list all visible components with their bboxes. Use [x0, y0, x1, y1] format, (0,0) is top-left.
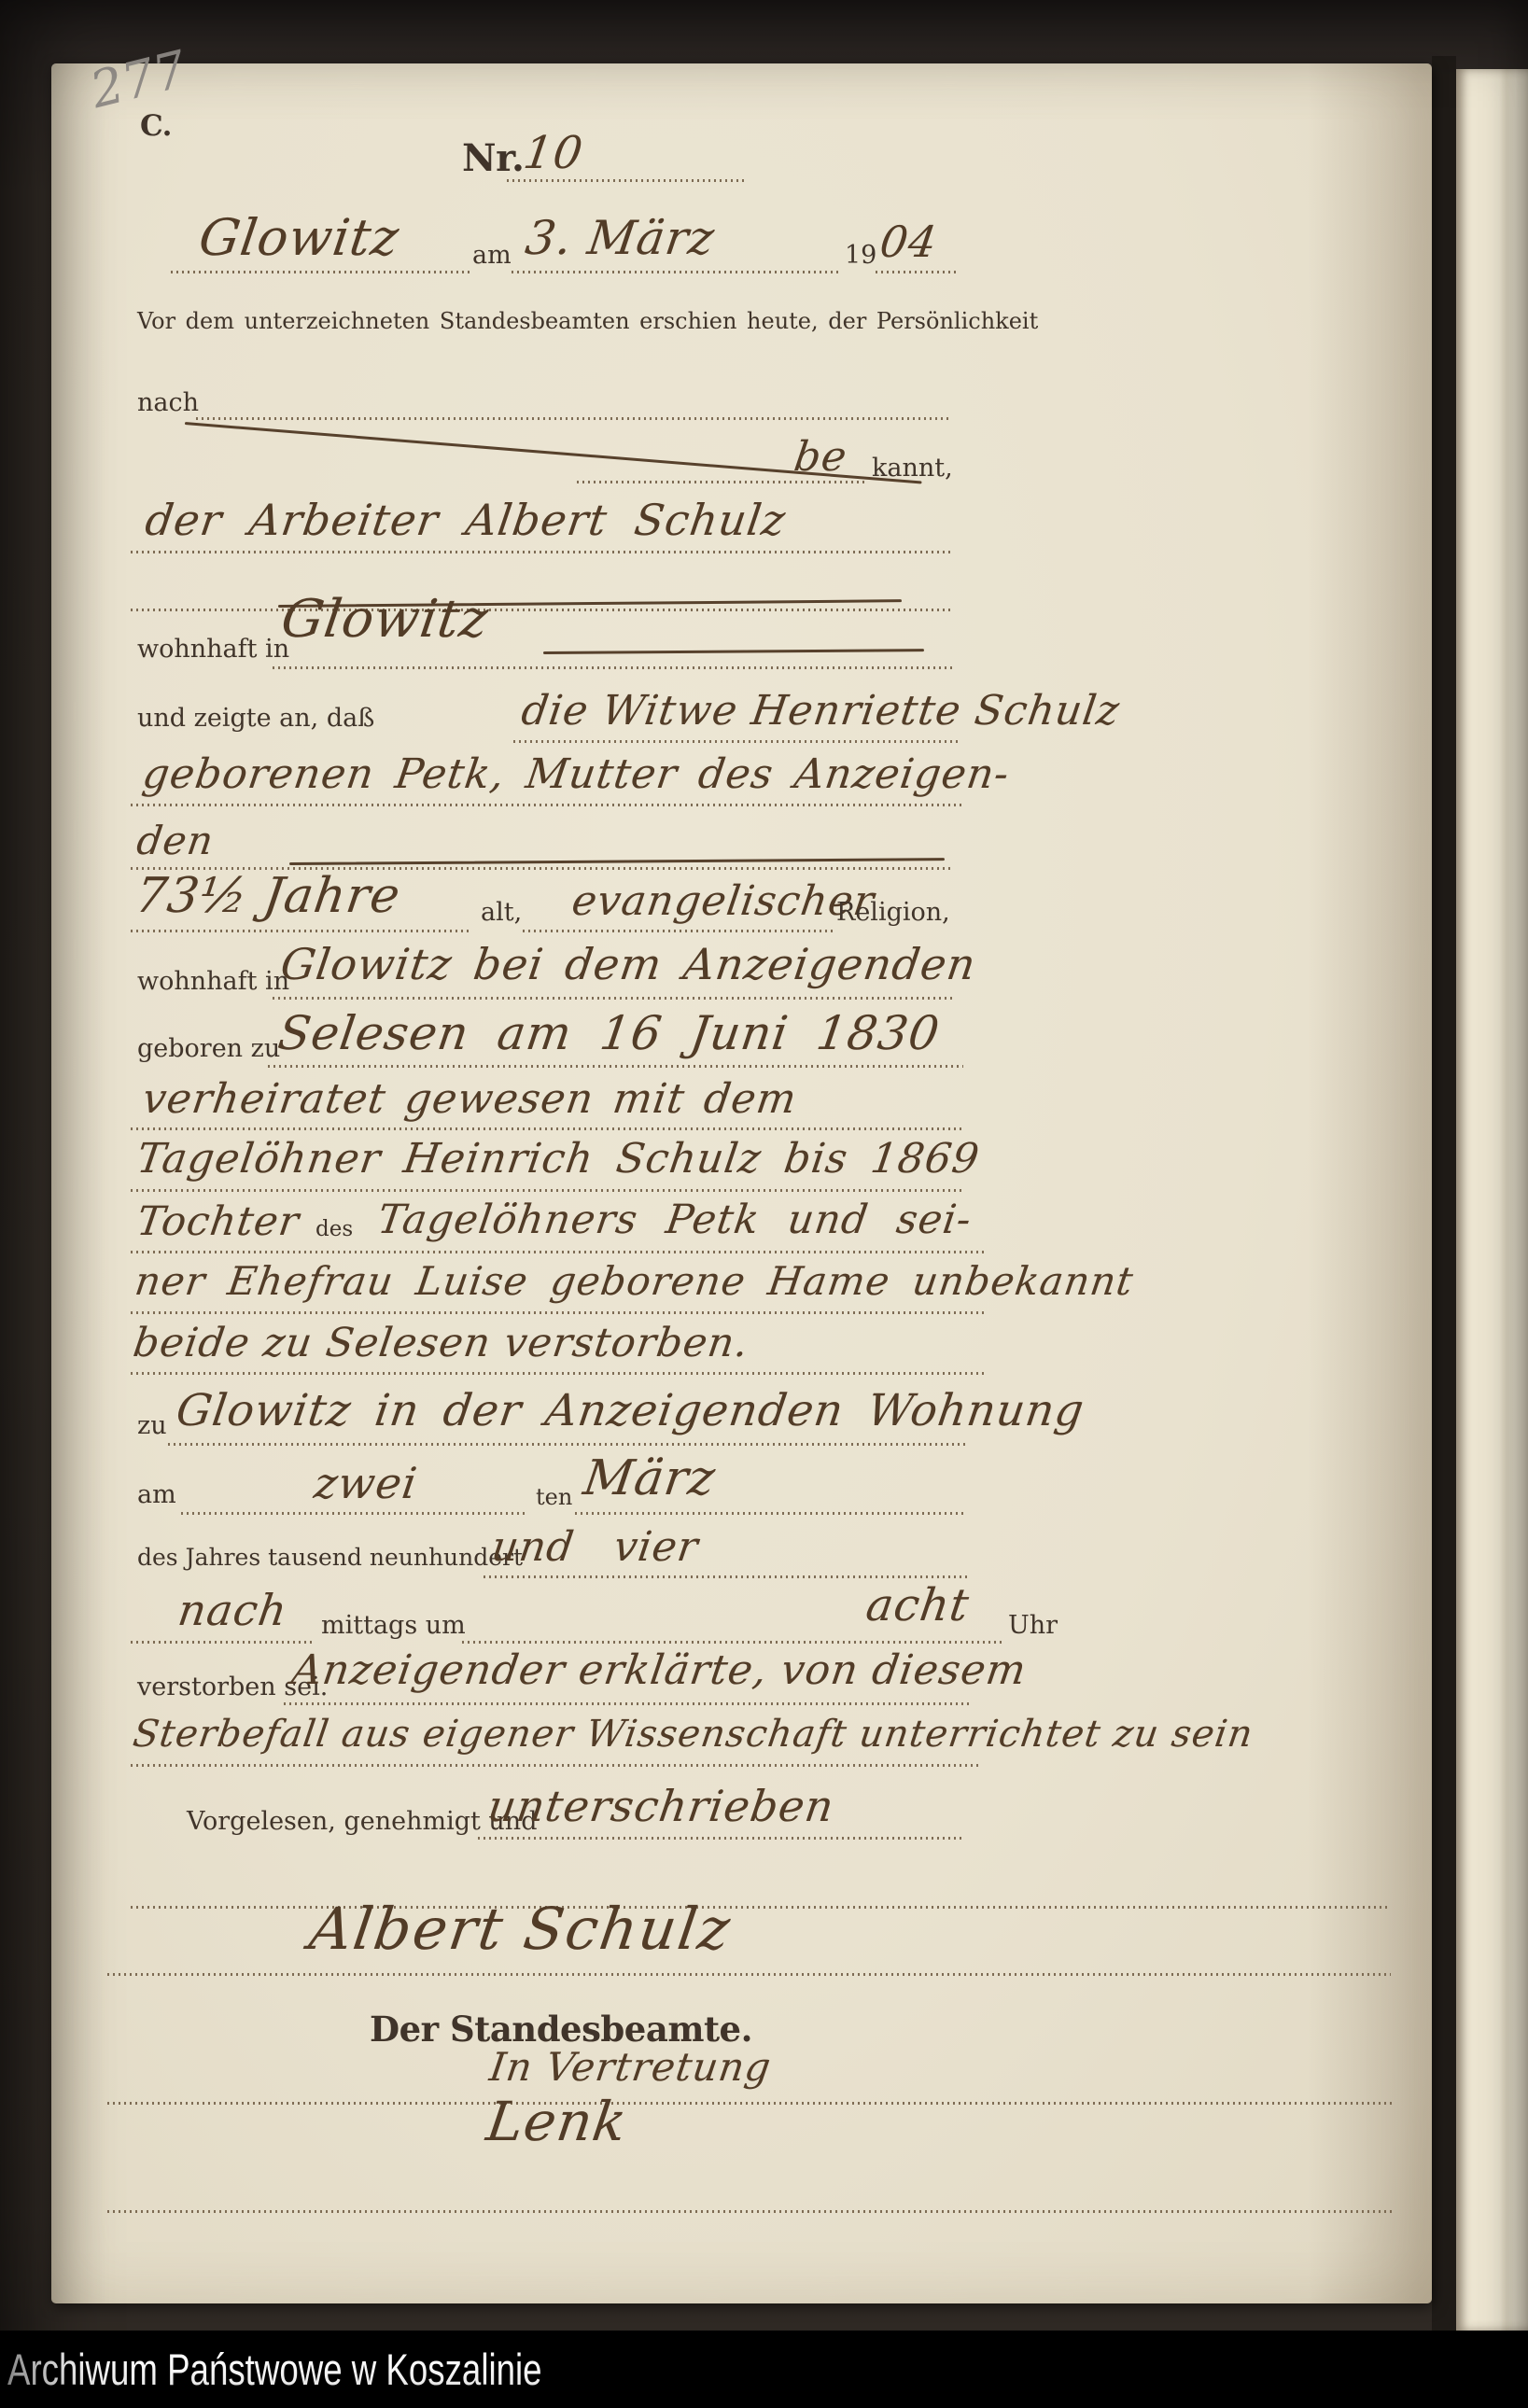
form-rule	[196, 417, 952, 420]
form-rule	[507, 179, 747, 182]
death-day: zwei	[312, 1462, 420, 1505]
scan-background: 277 C. Nr. 10 Glowitz am 3. März 19 04 V…	[0, 0, 1528, 2408]
section-letter: C.	[140, 112, 172, 141]
form-rule	[131, 1372, 988, 1375]
label-uhr: Uhr	[1008, 1613, 1058, 1638]
form-rule	[131, 609, 952, 611]
form-rule	[171, 271, 471, 273]
form-rule	[577, 481, 868, 483]
label-zeigte-an: und zeigte an, daß	[137, 706, 374, 731]
label-des: des	[315, 1219, 353, 1240]
record-date: 3. März	[523, 215, 718, 261]
birth-info: Selesen am 16 Juni 1830	[275, 1010, 943, 1057]
form-rule	[273, 666, 952, 669]
parents-line-1-pre: Tochter	[134, 1202, 301, 1242]
form-rule	[484, 1575, 967, 1578]
parents-line-2: ner Ehefrau Luise geborene Hame unbekann…	[133, 1262, 1136, 1301]
form-rule	[523, 930, 833, 932]
declarant-signature: Albert Schulz	[306, 1900, 736, 1958]
year-written: 04	[877, 220, 940, 263]
closing-word: unterschrieben	[485, 1785, 837, 1827]
label-wohnhaft-in: wohnhaft in	[137, 637, 289, 662]
form-rule	[273, 997, 952, 1000]
label-am-2: am	[137, 1482, 176, 1507]
form-rule	[575, 1512, 967, 1515]
year-printed: 19	[845, 243, 876, 268]
deceased-origin-cont: den	[134, 821, 217, 861]
declarant-residence: Glowitz	[278, 594, 492, 646]
label-am: am	[472, 243, 512, 268]
statement-line-2: Sterbefall aus eigener Wissenschaft unte…	[131, 1715, 1255, 1753]
statement-line-1: Anzeigender erklärte, von diesem	[289, 1650, 1029, 1691]
form-rule	[168, 1443, 967, 1446]
form-rule	[478, 1837, 961, 1840]
label-geboren-zu: geboren zu	[137, 1036, 280, 1061]
form-rule	[512, 271, 842, 273]
label-mittags-um: mittags um	[321, 1613, 466, 1638]
form-rule	[462, 1641, 1003, 1644]
page-gap-shadow	[1432, 56, 1456, 2338]
document-page	[51, 63, 1432, 2303]
form-rule	[181, 1512, 528, 1515]
archive-bar-label: Archiwum Państwowe w Koszalinie	[7, 2331, 542, 2408]
daytime-value: nach	[175, 1589, 290, 1631]
form-rule	[876, 271, 960, 273]
label-nach: nach	[137, 390, 199, 415]
archive-bar: Archiwum Państwowe w Koszalinie	[0, 2331, 1528, 2408]
label-wohnhaft-in-2: wohnhaft in	[137, 969, 289, 994]
deceased-origin-line: geborenen Petk, Mutter des Anzeigen-	[140, 754, 1012, 795]
record-number-value: 10	[521, 131, 586, 175]
death-month: März	[581, 1454, 719, 1503]
form-rule	[131, 1189, 963, 1192]
form-rule	[131, 1127, 963, 1130]
form-rule	[268, 1065, 963, 1068]
deputy-note: In Vertretung	[487, 2048, 774, 2087]
form-rule	[131, 1311, 988, 1314]
label-alt: alt,	[481, 900, 522, 925]
religion-value: evangelischer	[569, 881, 877, 922]
form-rule	[131, 804, 961, 806]
form-rule	[131, 930, 472, 932]
label-religion: Religion,	[836, 900, 950, 925]
label-zu: zu	[137, 1413, 167, 1438]
label-year-line: des Jahres tausend neunhundert	[137, 1546, 523, 1569]
deceased-name-line: die Witwe Henriette Schulz	[519, 691, 1122, 732]
deceased-residence: Glowitz bei dem Anzeigenden	[278, 943, 979, 986]
age-value: 73½ Jahre	[133, 872, 403, 920]
form-rule	[513, 740, 958, 743]
record-number-label: Nr.	[462, 140, 524, 177]
declarant-name-line: der Arbeiter Albert Schulz	[143, 498, 789, 541]
hour-value: acht	[863, 1583, 972, 1628]
form-rule	[131, 551, 952, 553]
field-value-be: be	[792, 437, 849, 478]
record-place: Glowitz	[196, 213, 402, 263]
marital-line-1: verheiratet gewesen mit dem	[140, 1079, 799, 1120]
marital-line-2: Tagelöhner Heinrich Schulz bis 1869	[134, 1139, 982, 1180]
label-ten: ten	[536, 1486, 572, 1508]
form-rule	[107, 2102, 1395, 2105]
form-rule	[131, 1641, 315, 1644]
form-rule	[131, 1251, 988, 1253]
parents-line-1-post: Tagelöhners Petk und sei-	[375, 1200, 974, 1240]
label-standesbeamte: Der Standesbeamte.	[370, 2012, 752, 2047]
adjacent-page-edge	[1456, 69, 1528, 2331]
parents-line-3: beide zu Selesen verstorben.	[131, 1323, 751, 1364]
form-rule	[131, 1764, 982, 1767]
label-kannt: kannt,	[872, 455, 953, 481]
form-rule	[284, 1702, 971, 1705]
form-rule	[107, 2210, 1395, 2213]
registrar-signature: Lenk	[484, 2094, 630, 2149]
death-place: Glowitz in der Anzeigenden Wohnung	[174, 1389, 1087, 1433]
form-rule	[107, 1973, 1391, 1976]
death-year-value: und vier	[489, 1527, 701, 1568]
intro-text: Vor dem unterzeichneten Standesbeamten e…	[137, 310, 1038, 332]
